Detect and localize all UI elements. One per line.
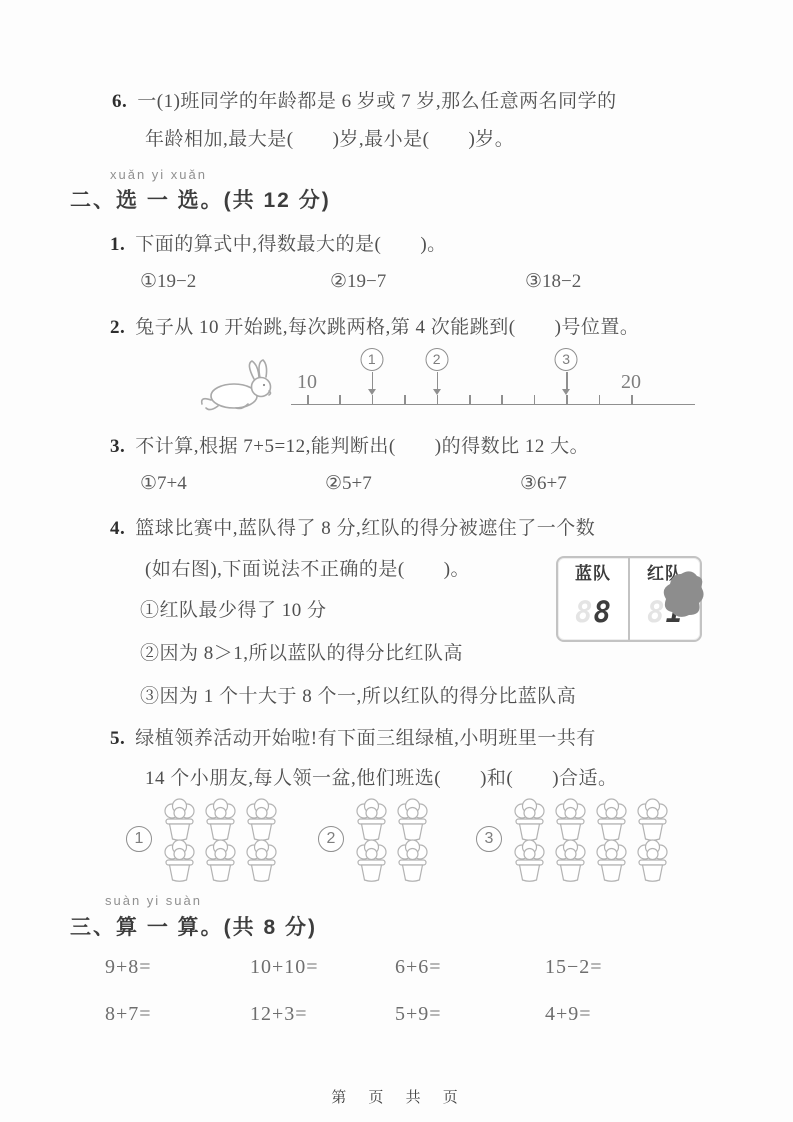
section-3-heading: 三、算 一 算。(共 8 分)	[70, 911, 317, 941]
section-2-heading: 二、选 一 选。(共 12 分)	[70, 184, 331, 214]
question-4-line-2: (如右图),下面说法不正确的是( )。	[145, 554, 470, 581]
question-text: 一(1)班同学的年龄都是 6 岁或 7 岁,那么任意两名同学的	[137, 91, 616, 112]
red-team-cell: 红队 81	[628, 558, 700, 640]
arrow-shaft	[437, 372, 439, 389]
succulent-pot-icon	[351, 798, 392, 842]
succulent-pot-icon	[241, 839, 282, 883]
tick-mark	[566, 395, 568, 404]
question-5-line-1: 5.绿植领养活动开始啦!有下面三组绿植,小明班里一共有	[110, 723, 596, 750]
pot-grid	[351, 798, 433, 880]
pot-grid	[159, 798, 282, 880]
succulent-pot-icon	[241, 798, 282, 842]
tick-mark	[501, 395, 503, 404]
question-4-option-1: ①红队最少得了 10 分	[140, 595, 327, 622]
pot-grid	[509, 798, 673, 880]
succulent-pot-icon	[550, 839, 591, 883]
math-expression: 12+3=	[250, 1003, 308, 1026]
question-5-line-2: 14 个小朋友,每人领一盆,他们班选( )和( )合适。	[145, 763, 618, 790]
question-number: 4.	[110, 518, 125, 539]
question-text: 篮球比赛中,蓝队得了 8 分,红队的得分被遮住了一个数	[135, 518, 595, 539]
tick-mark	[307, 395, 309, 404]
plant-group-2: 2	[318, 798, 433, 880]
tick-mark	[372, 395, 374, 404]
section-2-pinyin: xuǎn yi xuǎn	[110, 167, 207, 182]
rabbit-icon	[198, 356, 278, 416]
succulent-pot-icon	[591, 798, 632, 842]
blue-team-score: 88	[558, 584, 628, 640]
math-expression: 15−2=	[545, 956, 603, 979]
tick-mark	[599, 395, 601, 404]
option-1: ①19−2	[140, 270, 196, 293]
page-footer: 第 页 共 页	[0, 1086, 793, 1107]
question-4-line-1: 4.篮球比赛中,蓝队得了 8 分,红队的得分被遮住了一个数	[110, 513, 595, 540]
number-line-axis	[291, 404, 695, 406]
blue-team-header: 蓝队	[558, 558, 628, 584]
option-2: ②5+7	[325, 472, 372, 495]
ghost-digit: 8	[575, 595, 592, 629]
question-text: 绿植领养活动开始啦!有下面三组绿植,小明班里一共有	[135, 728, 596, 749]
question-1: 1.下面的算式中,得数最大的是( )。	[110, 229, 447, 256]
section-score: 。(共 12 分)	[201, 189, 331, 212]
succulent-pot-icon	[200, 839, 241, 883]
plant-group-1: 1	[126, 798, 282, 880]
red-team-score: 81	[630, 584, 700, 640]
arrow-shaft	[372, 372, 374, 389]
succulent-pot-icon	[392, 798, 433, 842]
worksheet-page: 6.一(1)班同学的年龄都是 6 岁或 7 岁,那么任意两名同学的 年龄相加,最…	[0, 0, 793, 1122]
math-expression: 9+8=	[105, 956, 152, 979]
succulent-pot-icon	[591, 839, 632, 883]
option-3: ③18−2	[525, 270, 581, 293]
ink-blot-cover-icon	[659, 569, 705, 621]
end-label: 20	[621, 371, 641, 394]
arrow-shaft	[566, 372, 568, 389]
tick-mark	[631, 395, 633, 404]
question-1-options: ①19−2②19−7③18−2	[140, 270, 700, 296]
question-text: 14 个小朋友,每人领一盆,他们班选( )和( )合适。	[145, 768, 618, 789]
section-word: 选 一 选	[116, 189, 201, 212]
circled-number: 1	[360, 348, 383, 371]
score-digit: 8	[594, 595, 611, 629]
arrow-head-icon	[368, 389, 376, 395]
circled-number: 2	[425, 348, 448, 371]
succulent-pot-icon	[159, 839, 200, 883]
option-3: ③6+7	[520, 472, 567, 495]
question-6-line-2: 年龄相加,最大是( )岁,最小是( )岁。	[145, 124, 514, 151]
question-6-line-1: 6.一(1)班同学的年龄都是 6 岁或 7 岁,那么任意两名同学的	[112, 86, 617, 113]
question-text: 下面的算式中,得数最大的是( )。	[135, 234, 446, 255]
group-circled-number: 2	[318, 826, 344, 852]
group-circled-number: 1	[126, 826, 152, 852]
number-line: 1020123	[291, 348, 695, 406]
question-text: 年龄相加,最大是( )岁,最小是( )岁。	[145, 129, 514, 150]
tick-mark	[404, 395, 406, 404]
blue-team-cell: 蓝队 88	[558, 558, 628, 640]
plant-group-3: 3	[476, 798, 673, 880]
succulent-pot-icon	[392, 839, 433, 883]
tick-mark	[339, 395, 341, 404]
math-grid: 9+8=10+10=6+6=15−2=8+7=12+3=5+9=4+9=	[105, 956, 705, 1052]
question-number: 3.	[110, 436, 125, 457]
option-2: ②19−7	[330, 270, 386, 293]
arrow-head-icon	[562, 389, 570, 395]
section-word: 算 一 算	[116, 916, 201, 939]
tick-mark	[437, 395, 439, 404]
section-prefix: 二、	[70, 189, 116, 212]
succulent-pot-icon	[632, 798, 673, 842]
question-text: 兔子从 10 开始跳,每次跳两格,第 4 次能跳到( )号位置。	[135, 317, 639, 338]
tick-mark	[469, 395, 471, 404]
question-3-options: ①7+4②5+7③6+7	[140, 472, 700, 498]
question-text: (如右图),下面说法不正确的是( )。	[145, 559, 470, 580]
math-expression: 10+10=	[250, 956, 319, 979]
succulent-pot-icon	[550, 798, 591, 842]
math-expression: 4+9=	[545, 1003, 592, 1026]
question-text: 不计算,根据 7+5=12,能判断出( )的得数比 12 大。	[135, 436, 589, 457]
section-score: 。(共 8 分)	[201, 916, 317, 939]
question-2: 2.兔子从 10 开始跳,每次跳两格,第 4 次能跳到( )号位置。	[110, 312, 639, 339]
option-1: ①7+4	[140, 472, 187, 495]
succulent-pot-icon	[200, 798, 241, 842]
succulent-pot-icon	[509, 839, 550, 883]
arrow-head-icon	[433, 389, 441, 395]
question-3: 3.不计算,根据 7+5=12,能判断出( )的得数比 12 大。	[110, 431, 589, 458]
math-expression: 5+9=	[395, 1003, 442, 1026]
scoreboard: 蓝队 88 红队 81	[556, 556, 702, 642]
question-number: 6.	[112, 91, 127, 112]
math-expression: 8+7=	[105, 1003, 152, 1026]
start-label: 10	[297, 371, 317, 394]
question-4-option-2: ②因为 8＞1,所以蓝队的得分比红队高	[140, 638, 463, 665]
tick-mark	[534, 395, 536, 404]
succulent-pot-icon	[632, 839, 673, 883]
circled-number: 3	[555, 348, 578, 371]
succulent-pot-icon	[509, 798, 550, 842]
section-prefix: 三、	[70, 916, 116, 939]
section-3-pinyin: suàn yi suàn	[105, 893, 202, 908]
question-number: 1.	[110, 234, 125, 255]
succulent-pot-icon	[159, 798, 200, 842]
question-4-option-3: ③因为 1 个十大于 8 个一,所以红队的得分比蓝队高	[140, 681, 576, 708]
math-expression: 6+6=	[395, 956, 442, 979]
succulent-pot-icon	[351, 839, 392, 883]
group-circled-number: 3	[476, 826, 502, 852]
question-number: 5.	[110, 728, 125, 749]
question-number: 2.	[110, 317, 125, 338]
